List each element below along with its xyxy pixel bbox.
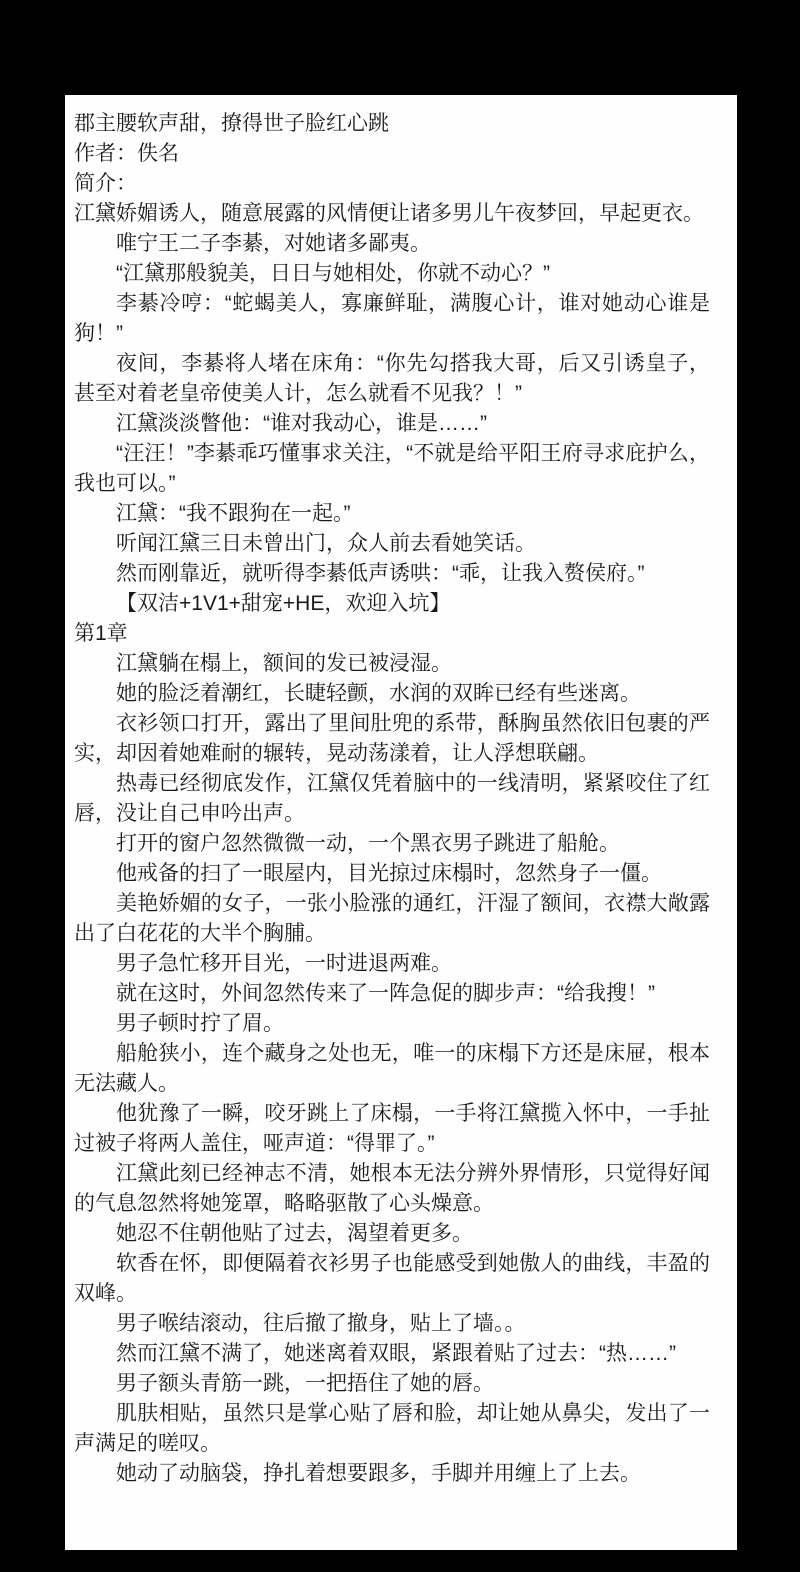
- chapter-paragraph: 船舱狭小，连个藏身之处也无，唯一的床榻下方还是床屉，根本无法藏人。: [74, 1039, 710, 1099]
- chapter-paragraph: 他戒备的扫了一眼屋内，目光掠过床榻时，忽然身子一僵。: [74, 859, 710, 889]
- tags-line: 【双洁+1V1+甜宠+HE，欢迎入坑】: [74, 589, 710, 619]
- chapter-paragraph: 他犹豫了一瞬，咬牙跳上了床榻，一手将江黛揽入怀中，一手扯过被子将两人盖住，哑声道…: [74, 1099, 710, 1159]
- novel-text-panel: 郡主腰软声甜，撩得世子脸红心跳 作者：佚名 简介： 江黛娇媚诱人，随意展露的风情…: [65, 95, 737, 1550]
- chapter-paragraph: 就在这时，外间忽然传来了一阵急促的脚步声：“给我搜！”: [74, 979, 710, 1009]
- intro-paragraph: 夜间，李綦将人堵在床角：“你先勾搭我大哥，后又引诱皇子，甚至对着老皇帝使美人计，…: [74, 349, 710, 409]
- author-line: 作者：佚名: [74, 139, 710, 169]
- intro-paragraph: 然而刚靠近，就听得李綦低声诱哄：“乖，让我入赘侯府。”: [74, 559, 710, 589]
- chapter-paragraphs: 江黛躺在榻上，额间的发已被浸湿。她的脸泛着潮红，长睫轻颤，水润的双眸已经有些迷离…: [74, 649, 710, 1489]
- chapter-paragraph: 男子急忙移开目光，一时进退两难。: [74, 949, 710, 979]
- book-title: 郡主腰软声甜，撩得世子脸红心跳: [74, 109, 710, 139]
- chapter-paragraph: 她忍不住朝他贴了过去，渴望着更多。: [74, 1219, 710, 1249]
- chapter-paragraph: 然而江黛不满了，她迷离着双眼，紧跟着贴了过去：“热……”: [74, 1339, 710, 1369]
- intro-paragraph: “汪汪！”李綦乖巧懂事求关注，“不就是给平阳王府寻求庇护么，我也可以。”: [74, 439, 710, 499]
- chapter-paragraph: 衣衫领口打开，露出了里间肚兜的系带，酥胸虽然依旧包裹的严实，却因着她难耐的辗转，…: [74, 709, 710, 769]
- intro-paragraph: 唯宁王二子李綦，对她诸多鄙夷。: [74, 229, 710, 259]
- chapter-paragraph: 肌肤相贴，虽然只是掌心贴了唇和脸，却让她从鼻尖，发出了一声满足的嗟叹。: [74, 1399, 710, 1459]
- intro-paragraph: 江黛淡淡瞥他：“谁对我动心，谁是……”: [74, 409, 710, 439]
- intro-lead-paragraph: 江黛娇媚诱人，随意展露的风情便让诸多男儿午夜梦回，早起更衣。: [74, 199, 710, 229]
- chapter-paragraph: 她动了动脑袋，挣扎着想要跟多，手脚并用缠上了上去。: [74, 1459, 710, 1489]
- intro-paragraphs: 唯宁王二子李綦，对她诸多鄙夷。“江黛那般貌美，日日与她相处，你就不动心？”李綦冷…: [74, 229, 710, 589]
- chapter-paragraph: 男子顿时拧了眉。: [74, 1009, 710, 1039]
- intro-paragraph: 听闻江黛三日未曾出门，众人前去看她笑话。: [74, 529, 710, 559]
- chapter-paragraph: 美艳娇媚的女子，一张小脸涨的通红，汗湿了额间，衣襟大敞露出了白花花的大半个胸脯。: [74, 889, 710, 949]
- chapter-paragraph: 她的脸泛着潮红，长睫轻颤，水润的双眸已经有些迷离。: [74, 679, 710, 709]
- intro-paragraph: “江黛那般貌美，日日与她相处，你就不动心？”: [74, 259, 710, 289]
- chapter-paragraph: 男子额头青筋一跳，一把捂住了她的唇。: [74, 1369, 710, 1399]
- chapter-paragraph: 江黛此刻已经神志不清，她根本无法分辨外界情形，只觉得好闻的气息忽然将她笼罩，略略…: [74, 1159, 710, 1219]
- intro-paragraph: 李綦冷哼：“蛇蝎美人，寡廉鲜耻，满腹心计，谁对她动心谁是狗！”: [74, 289, 710, 349]
- chapter-paragraph: 江黛躺在榻上，额间的发已被浸湿。: [74, 649, 710, 679]
- chapter-paragraph: 软香在怀，即便隔着衣衫男子也能感受到她傲人的曲线，丰盈的双峰。: [74, 1249, 710, 1309]
- chapter-heading: 第1章: [74, 619, 710, 649]
- chapter-paragraph: 打开的窗户忽然微微一动，一个黑衣男子跳进了船舱。: [74, 829, 710, 859]
- intro-label: 简介：: [74, 169, 710, 199]
- intro-paragraph: 江黛：“我不跟狗在一起。”: [74, 499, 710, 529]
- chapter-paragraph: 热毒已经彻底发作，江黛仅凭着脑中的一线清明，紧紧咬住了红唇，没让自己申吟出声。: [74, 769, 710, 829]
- chapter-paragraph: 男子喉结滚动，往后撤了撤身，贴上了墙。。: [74, 1309, 710, 1339]
